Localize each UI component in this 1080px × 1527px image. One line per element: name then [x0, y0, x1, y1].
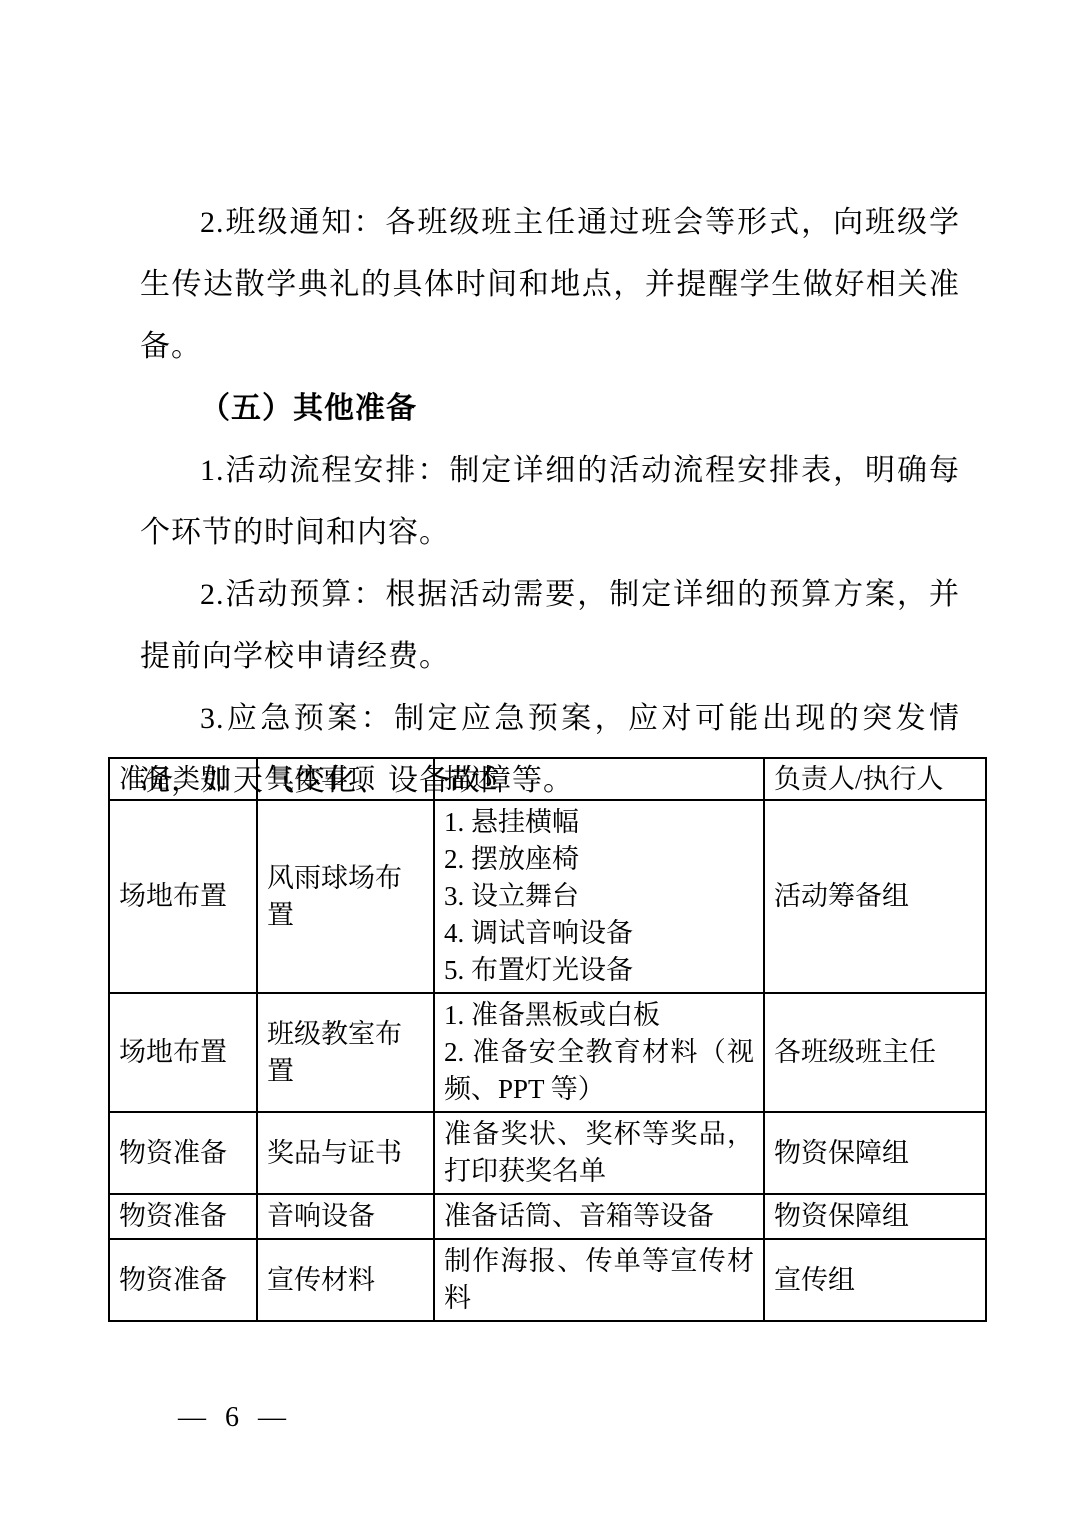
table-row: 物资准备 音响设备 准备话筒、音箱等设备 物资保障组 [109, 1194, 986, 1239]
description-line: 准备奖状、奖杯等奖品，打印获奖名单 [444, 1116, 754, 1190]
paragraph-flow-arrangement: 1.活动流程安排：制定详细的活动流程安排表，明确每个环节的时间和内容。 [140, 440, 960, 564]
description-line: 5. 布置灯光设备 [444, 952, 754, 989]
document-page: 2.班级通知：各班级班主任通过班会等形式，向班级学生传达散学典礼的具体时间和地点… [0, 0, 1080, 1527]
header-owner: 负责人/执行人 [764, 758, 986, 800]
body-text: 2.班级通知：各班级班主任通过班会等形式，向班级学生传达散学典礼的具体时间和地点… [140, 192, 960, 812]
section-heading: （五）其他准备 [140, 378, 960, 440]
category-cell: 物资准备 [109, 1239, 257, 1321]
description-line: 3. 设立舞台 [444, 878, 754, 915]
table-row: 物资准备 宣传材料 制作海报、传单等宣传材料 宣传组 [109, 1239, 986, 1321]
item-cell: 风雨球场布置 [257, 800, 434, 993]
description-cell: 1. 悬挂横幅 2. 摆放座椅 3. 设立舞台 4. 调试音响设备 5. 布置灯… [434, 800, 764, 993]
description-cell: 1. 准备黑板或白板 2. 准备安全教育材料（视频、PPT 等） [434, 993, 764, 1112]
description-cell: 准备话筒、音箱等设备 [434, 1194, 764, 1239]
header-description: 描述 [434, 758, 764, 800]
table-row: 物资准备 奖品与证书 准备奖状、奖杯等奖品，打印获奖名单 物资保障组 [109, 1112, 986, 1194]
page-number: — 6 — [178, 1398, 292, 1438]
description-cell: 准备奖状、奖杯等奖品，打印获奖名单 [434, 1112, 764, 1194]
table-header-row: 准备类别 具体事项 描述 负责人/执行人 [109, 758, 986, 800]
header-category: 准备类别 [109, 758, 257, 800]
description-line: 准备话筒、音箱等设备 [444, 1198, 754, 1235]
category-cell: 物资准备 [109, 1194, 257, 1239]
item-cell: 音响设备 [257, 1194, 434, 1239]
table-row: 场地布置 班级教室布置 1. 准备黑板或白板 2. 准备安全教育材料（视频、PP… [109, 993, 986, 1112]
table-row: 场地布置 风雨球场布置 1. 悬挂横幅 2. 摆放座椅 3. 设立舞台 4. 调… [109, 800, 986, 993]
item-cell: 宣传材料 [257, 1239, 434, 1321]
category-cell: 物资准备 [109, 1112, 257, 1194]
paragraph-class-notice: 2.班级通知：各班级班主任通过班会等形式，向班级学生传达散学典礼的具体时间和地点… [140, 192, 960, 378]
description-line: 制作海报、传单等宣传材料 [444, 1243, 754, 1317]
description-line: 2. 准备安全教育材料（视频、PPT 等） [444, 1034, 754, 1108]
description-line: 2. 摆放座椅 [444, 841, 754, 878]
owner-cell: 活动筹备组 [764, 800, 986, 993]
description-line: 4. 调试音响设备 [444, 915, 754, 952]
owner-cell: 各班级班主任 [764, 993, 986, 1112]
category-cell: 场地布置 [109, 800, 257, 993]
header-item: 具体事项 [257, 758, 434, 800]
description-line: 1. 准备黑板或白板 [444, 997, 754, 1034]
item-cell: 奖品与证书 [257, 1112, 434, 1194]
owner-cell: 物资保障组 [764, 1194, 986, 1239]
owner-cell: 宣传组 [764, 1239, 986, 1321]
owner-cell: 物资保障组 [764, 1112, 986, 1194]
description-cell: 制作海报、传单等宣传材料 [434, 1239, 764, 1321]
category-cell: 场地布置 [109, 993, 257, 1112]
description-line: 1. 悬挂横幅 [444, 804, 754, 841]
paragraph-budget: 2.活动预算：根据活动需要，制定详细的预算方案，并提前向学校申请经费。 [140, 564, 960, 688]
item-cell: 班级教室布置 [257, 993, 434, 1112]
preparation-table: 准备类别 具体事项 描述 负责人/执行人 场地布置 风雨球场布置 1. 悬挂横幅… [108, 757, 987, 1322]
